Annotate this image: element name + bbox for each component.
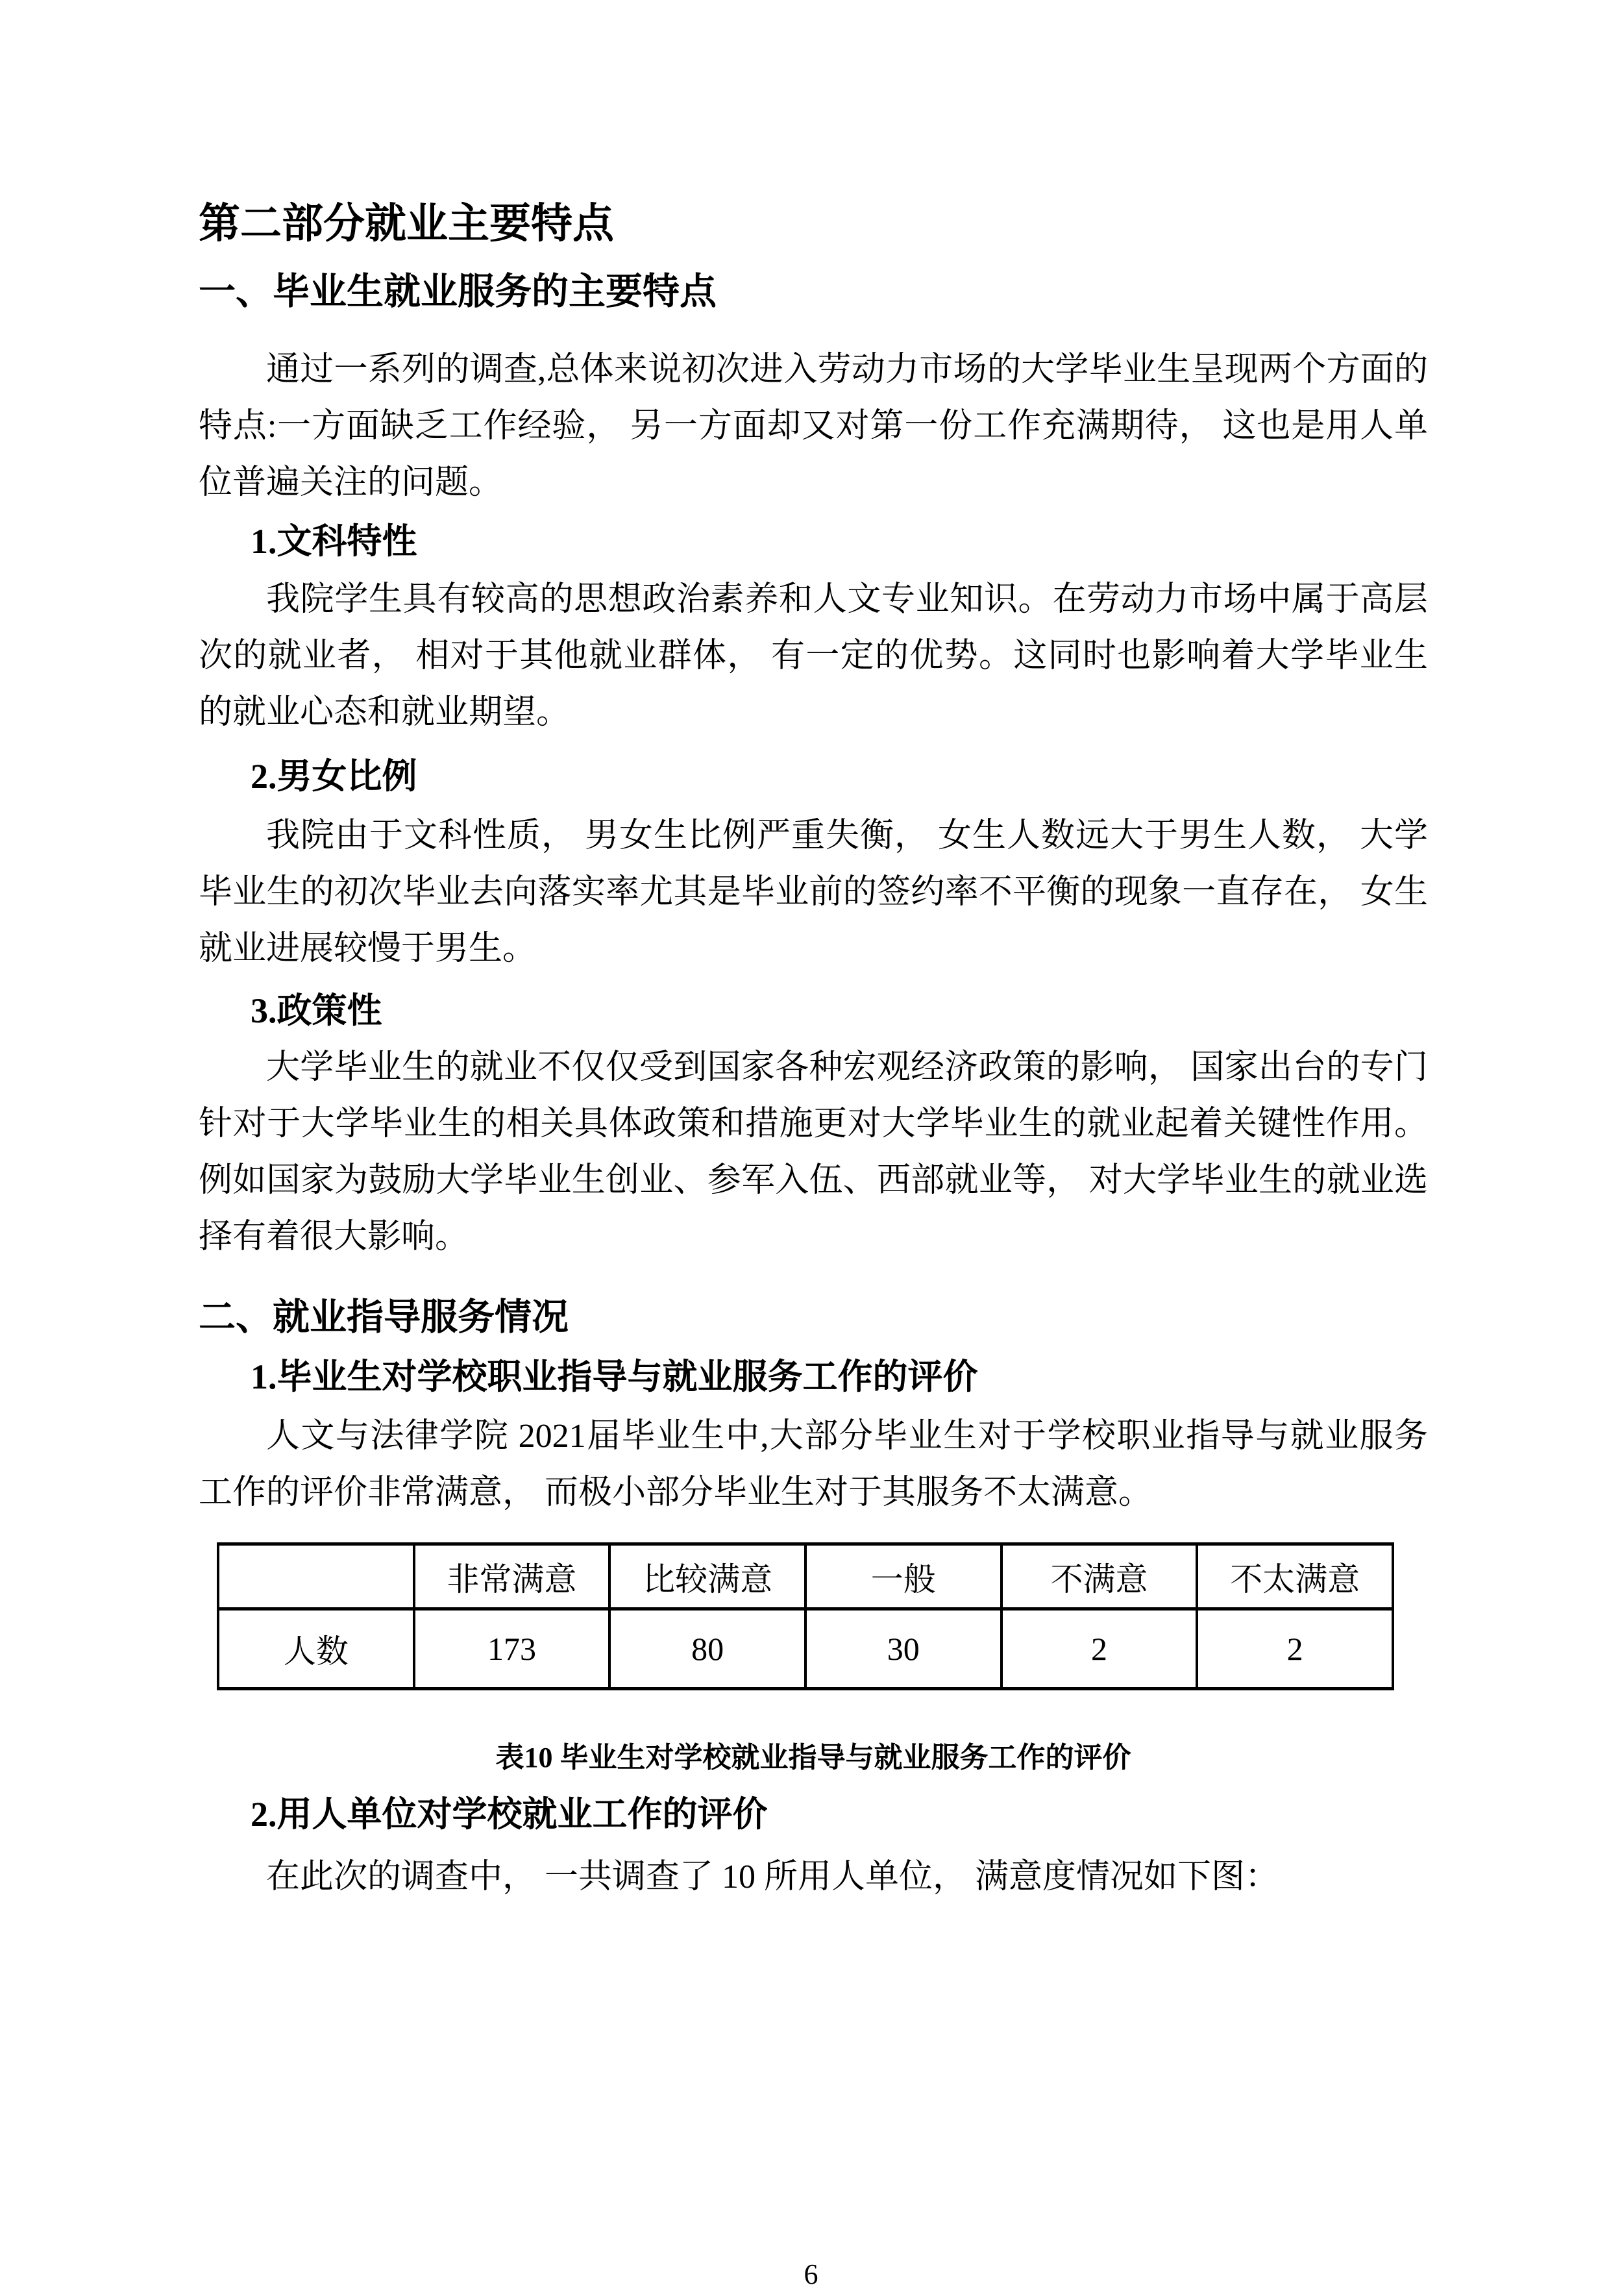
doc-title: 第二部分就业主要特点	[199, 195, 1428, 253]
section-1-heading: 一、毕业生就业服务的主要特点	[199, 264, 1428, 321]
table-data-row: 人数 173 80 30 2 2	[218, 1609, 1393, 1689]
table-header-cell-very-satisfied: 非常满意	[414, 1544, 610, 1609]
table-header-cell-fairly-satisfied: 比较满意	[609, 1544, 805, 1609]
satisfaction-table: 非常满意 比较满意 一般 不满意 不太满意 人数 173 80 30 2 2	[217, 1542, 1394, 1690]
table-value-dissatisfied: 2	[1001, 1609, 1198, 1689]
table-header-cell-not-too-satisfied: 不太满意	[1197, 1544, 1393, 1609]
subsection-body-liberal-arts: 我院学生具有较高的思想政治素养和人文专业知识。在劳动力市场中属于高层次的就业者，…	[199, 571, 1428, 741]
table-header-cell-dissatisfied: 不满意	[1001, 1544, 1198, 1609]
table-header-cell-empty	[218, 1544, 414, 1609]
table-caption: 表10 毕业生对学校就业指导与就业服务工作的评价	[199, 1738, 1428, 1777]
table-value-not-too-satisfied: 2	[1197, 1609, 1393, 1689]
table-value-fairly-satisfied: 80	[609, 1609, 805, 1689]
table-header-cell-neutral: 一般	[805, 1544, 1001, 1609]
subsection-body-graduate-evaluation: 人文与法律学院 2021届毕业生中,大部分毕业生对于学校职业指导与就业服务工作的…	[199, 1408, 1428, 1521]
subsection-heading-graduate-evaluation: 1.毕业生对学校职业指导与就业服务工作的评价	[199, 1349, 1428, 1405]
subsection-body-employer-evaluation: 在此次的调查中， 一共调查了 10 所用人单位， 满意度情况如下图：	[199, 1849, 1428, 1905]
table-value-very-satisfied: 173	[414, 1609, 610, 1689]
table-header-row: 非常满意 比较满意 一般 不满意 不太满意	[218, 1544, 1393, 1609]
subsection-heading-policy: 3.政策性	[199, 983, 1428, 1039]
subsection-body-gender-ratio: 我院由于文科性质， 男女生比例严重失衡， 女生人数远大于男生人数， 大学毕业生的…	[199, 808, 1428, 977]
table-value-neutral: 30	[805, 1609, 1001, 1689]
subsection-heading-employer-evaluation: 2.用人单位对学校就业工作的评价	[199, 1786, 1428, 1843]
page-number: 6	[0, 2258, 1622, 2291]
subsection-body-policy: 大学毕业生的就业不仅仅受到国家各种宏观经济政策的影响， 国家出台的专门针对于大学…	[199, 1039, 1428, 1265]
table-row-label: 人数	[218, 1609, 414, 1689]
document-page: 第二部分就业主要特点 一、毕业生就业服务的主要特点 通过一系列的调查,总体来说初…	[0, 0, 1622, 2296]
subsection-heading-liberal-arts: 1.文科特性	[199, 513, 1428, 570]
section-2-heading: 二、就业指导服务情况	[199, 1289, 1428, 1346]
section-1-intro-paragraph: 通过一系列的调查,总体来说初次进入劳动力市场的大学毕业生呈现两个方面的特点:一方…	[199, 341, 1428, 511]
subsection-heading-gender-ratio: 2.男女比例	[199, 748, 1428, 805]
